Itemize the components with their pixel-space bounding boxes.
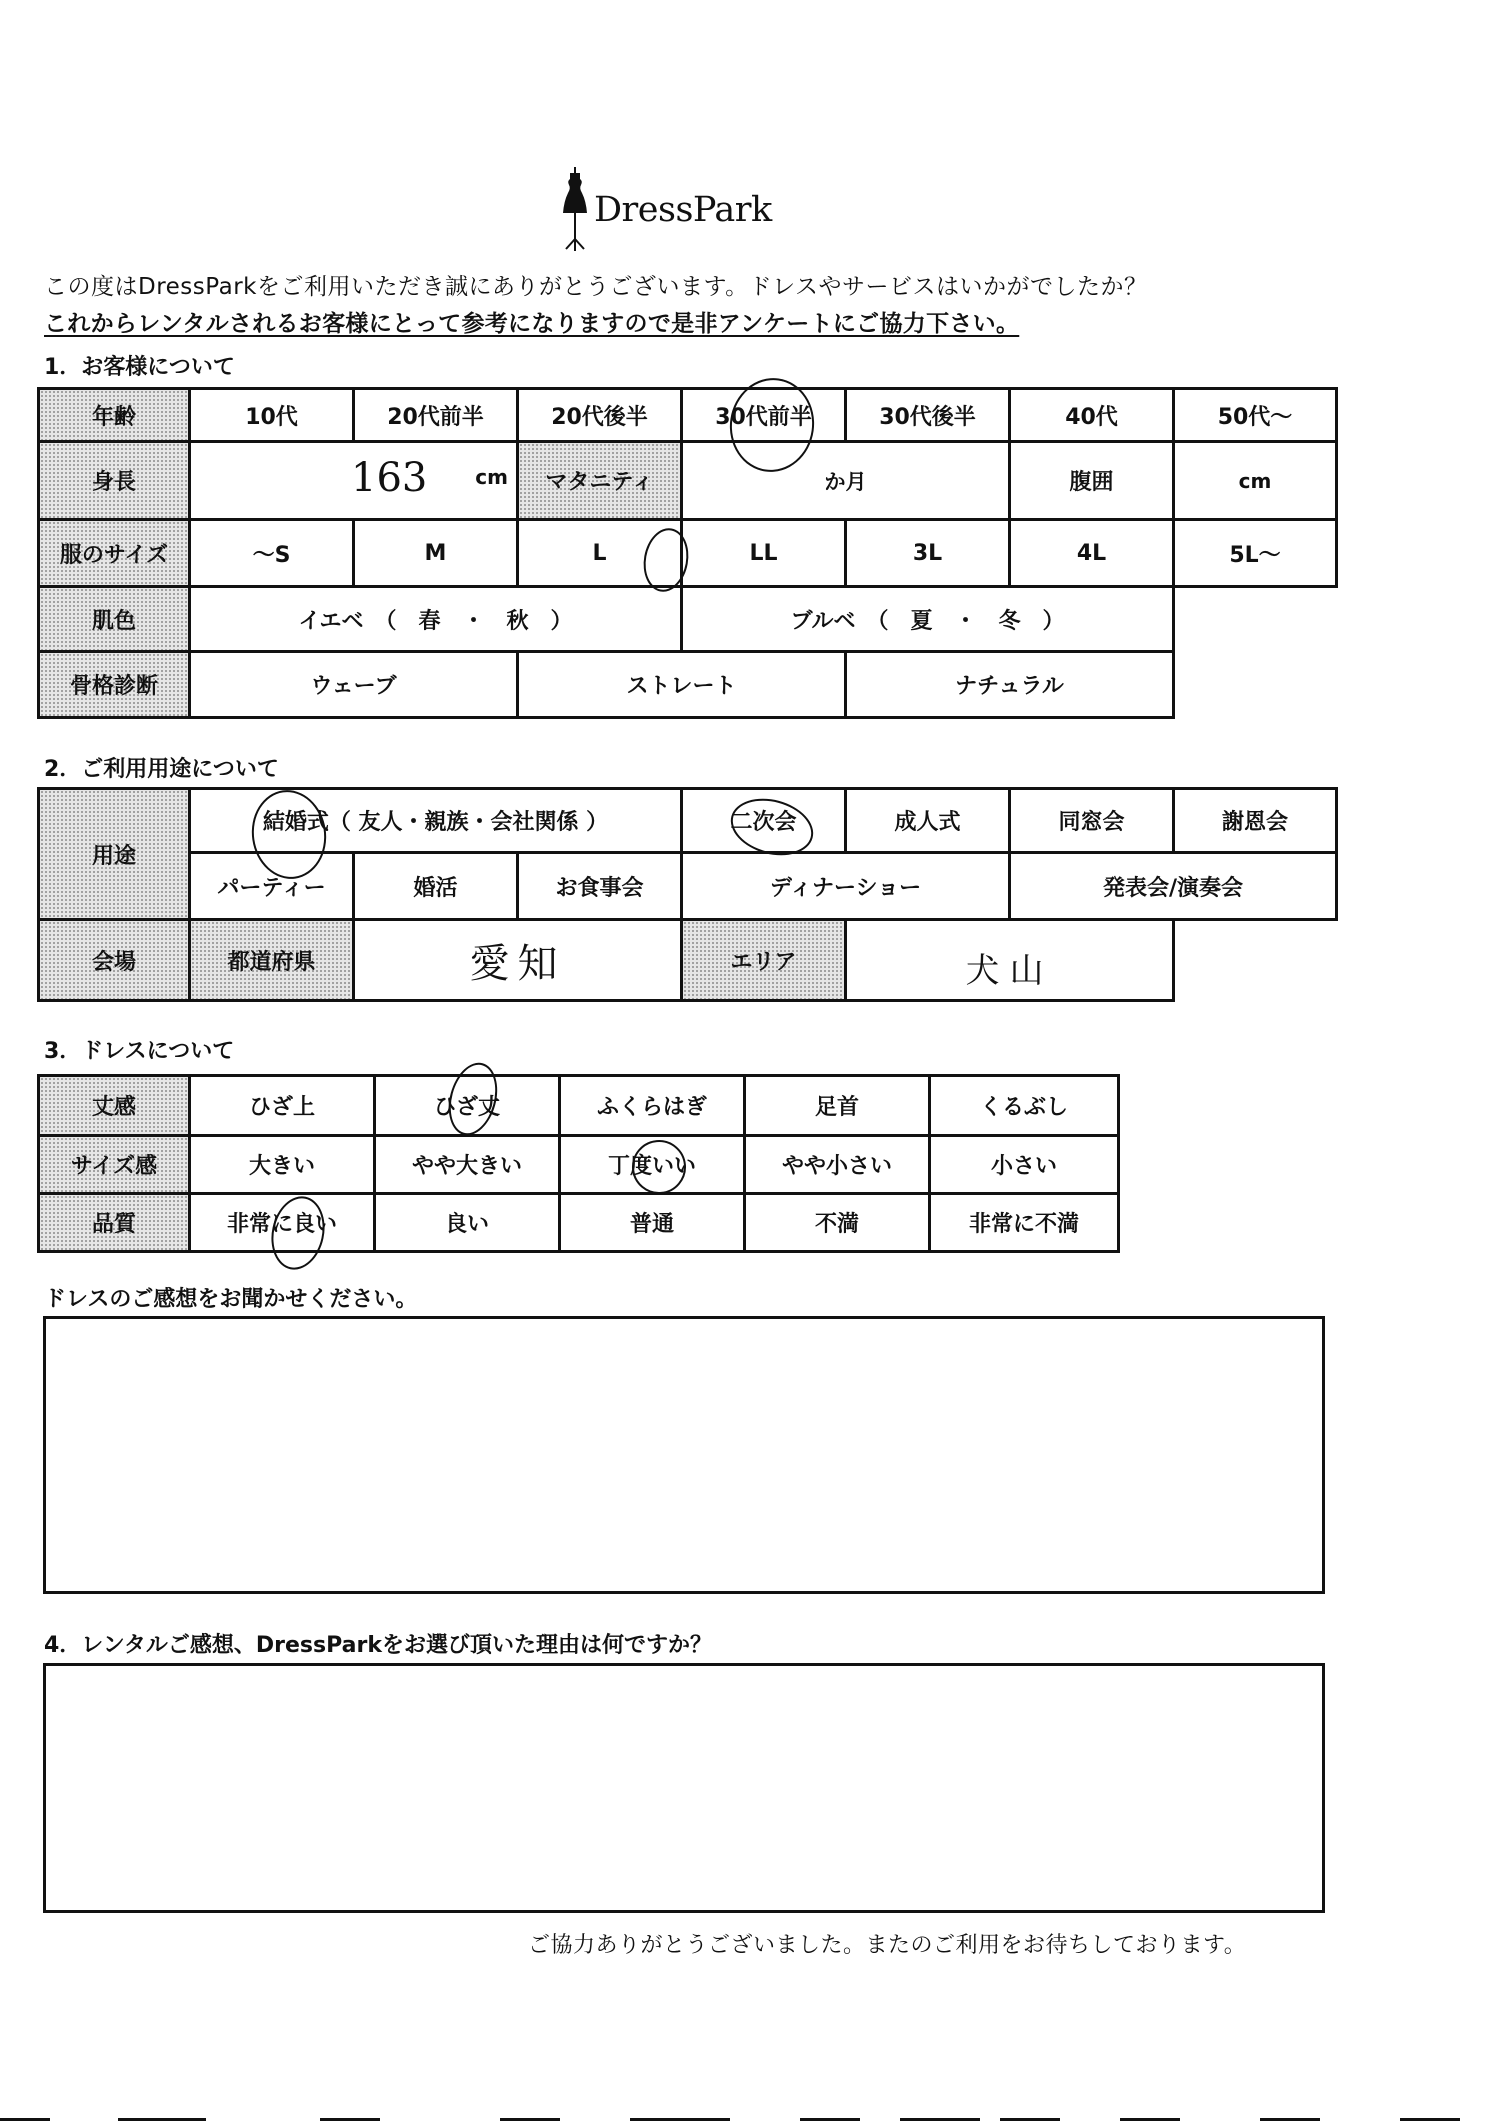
area-value: 犬山	[966, 929, 1054, 992]
dress-comment-prompt: ドレスのご感想をお聞かせください。	[44, 1282, 417, 1313]
body-type-label: 骨格診断	[37, 650, 191, 719]
rental-reason-box[interactable]	[43, 1663, 1325, 1913]
size-option-ll[interactable]: LL	[680, 518, 847, 588]
age-option-late20s[interactable]: 20代後半	[516, 387, 683, 443]
length-label: 丈感	[37, 1074, 191, 1137]
body-type-natural[interactable]: ナチュラル	[844, 650, 1175, 719]
skin-tone-blue-base[interactable]: ブルベ （ 夏 ・ 冬 ）	[680, 585, 1175, 653]
purpose-coming-of-age[interactable]: 成人式	[844, 787, 1011, 854]
waist-field[interactable]: cm	[1172, 440, 1338, 521]
quality-very-dissatisfied[interactable]: 非常に不満	[928, 1192, 1120, 1253]
purpose-dinner[interactable]: お食事会	[516, 851, 683, 921]
age-label: 年齢	[37, 387, 191, 443]
quality-good[interactable]: 良い	[373, 1192, 561, 1253]
purpose-reunion[interactable]: 同窓会	[1008, 787, 1175, 854]
purpose-matchmaking[interactable]: 婚活	[352, 851, 519, 921]
area-label: エリア	[680, 918, 847, 1002]
months-unit: か月	[825, 466, 867, 496]
body-type-straight[interactable]: ストレート	[516, 650, 847, 719]
purpose-recital[interactable]: 発表会/演奏会	[1008, 851, 1338, 921]
height-field[interactable]: 163 cm	[188, 440, 519, 521]
skin-tone-yellow-base[interactable]: イエベ （ 春 ・ 秋 ）	[188, 585, 683, 653]
fit-slightly-small[interactable]: やや小さい	[743, 1134, 931, 1195]
purpose-thank-you-party[interactable]: 謝恩会	[1172, 787, 1338, 854]
intro-request: これからレンタルされるお客様にとって参考になりますので是非アンケートにご協力下さ…	[44, 305, 1019, 338]
maternity-label: マタニティ	[516, 440, 683, 521]
length-calf[interactable]: ふくらはぎ	[558, 1074, 746, 1137]
dress-comment-box[interactable]	[43, 1316, 1325, 1594]
size-option-l-selected[interactable]: L	[516, 518, 683, 588]
size-option-m[interactable]: M	[352, 518, 519, 588]
fit-slightly-large[interactable]: やや大きい	[373, 1134, 561, 1195]
prefecture-field[interactable]: 愛知	[352, 918, 683, 1002]
purpose-wedding-selected[interactable]: 結婚式（ 友人・親族・会社関係 ）	[188, 787, 683, 854]
height-label: 身長	[37, 440, 191, 521]
section4-title: 4．レンタルご感想、DressParkをお選び頂いた理由は何ですか？	[44, 1628, 712, 1659]
section2-title: 2．ご利用用途について	[44, 752, 279, 783]
section3-title: 3．ドレスについて	[44, 1034, 234, 1065]
age-option-early30s-selected[interactable]: 30代前半	[680, 387, 847, 443]
height-value: 163	[351, 455, 427, 501]
scan-edge-marks	[0, 2118, 1500, 2122]
size-option-3l[interactable]: 3L	[844, 518, 1011, 588]
height-unit: cm	[475, 465, 508, 489]
usual-size-label: 服のサイズ	[37, 518, 191, 588]
skin-tone-label: 肌色	[37, 585, 191, 653]
size-option-4l[interactable]: 4L	[1008, 518, 1175, 588]
length-above-knee[interactable]: ひざ上	[188, 1074, 376, 1137]
prefecture-value: 愛知	[470, 932, 566, 989]
fit-just-right-selected[interactable]: 丁度いい	[558, 1134, 746, 1195]
age-option-early20s[interactable]: 20代前半	[352, 387, 519, 443]
footer-thanks: ご協力ありがとうございました。またのご利用をお待ちしております。	[528, 1928, 1246, 1959]
quality-very-good-selected[interactable]: 非常に良い	[188, 1192, 376, 1253]
section1-title: 1．お客様について	[44, 350, 235, 381]
dress-form-icon	[560, 165, 590, 255]
length-anklebone[interactable]: くるぶし	[928, 1074, 1120, 1137]
area-field[interactable]: 犬山	[844, 918, 1175, 1002]
age-option-10s[interactable]: 10代	[188, 387, 355, 443]
waist-unit: cm	[1239, 469, 1272, 493]
intro-text: この度はDressParkをご利用いただき誠にありがとうございます。ドレスやサー…	[44, 268, 1147, 301]
size-option-s[interactable]: ～S	[188, 518, 355, 588]
length-knee-selected[interactable]: ひざ丈	[373, 1074, 561, 1137]
fit-label: サイズ感	[37, 1134, 191, 1195]
length-ankle[interactable]: 足首	[743, 1074, 931, 1137]
purpose-party[interactable]: パーティー	[188, 851, 355, 921]
age-option-40s[interactable]: 40代	[1008, 387, 1175, 443]
purpose-dinner-show[interactable]: ディナーショー	[680, 851, 1011, 921]
quality-dissatisfied[interactable]: 不満	[743, 1192, 931, 1253]
brand-name: DressPark	[594, 190, 772, 230]
age-option-late30s[interactable]: 30代後半	[844, 387, 1011, 443]
size-option-5l-plus[interactable]: 5L～	[1172, 518, 1338, 588]
quality-average[interactable]: 普通	[558, 1192, 746, 1253]
quality-label: 品質	[37, 1192, 191, 1253]
brand-logo: DressPark	[560, 160, 772, 260]
maternity-months-field[interactable]: か月	[680, 440, 1011, 521]
prefecture-label: 都道府県	[188, 918, 355, 1002]
body-type-wave[interactable]: ウェーブ	[188, 650, 519, 719]
purpose-afterparty-selected[interactable]: 二次会	[680, 787, 847, 854]
waist-label: 腹囲	[1008, 440, 1175, 521]
venue-label: 会場	[37, 918, 191, 1002]
fit-large[interactable]: 大きい	[188, 1134, 376, 1195]
age-option-50s-plus[interactable]: 50代～	[1172, 387, 1338, 443]
fit-small[interactable]: 小さい	[928, 1134, 1120, 1195]
purpose-label: 用途	[37, 787, 191, 921]
